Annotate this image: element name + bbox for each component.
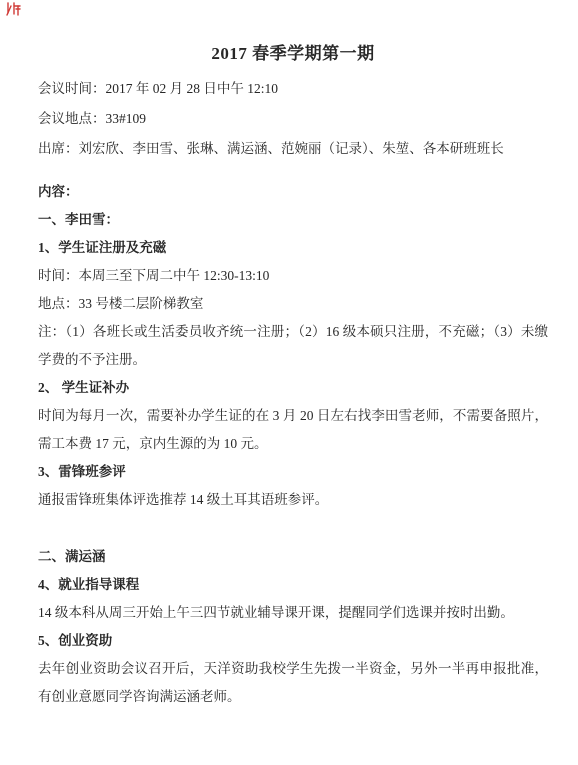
item-3-heading: 3、雷锋班参评 xyxy=(38,458,548,486)
document-title: 2017 春季学期第一期 xyxy=(38,40,548,68)
red-corner-mark xyxy=(6,2,22,17)
section-2-heading: 二、满运涵 xyxy=(38,543,548,571)
item-1-time: 时间：本周三至下周二中午 12:30-13:10 xyxy=(38,262,548,290)
meeting-attendees: 出席：刘宏欣、李田雪、张琳、满运涵、范婉丽（记录）、朱堃、各本研班班长 xyxy=(38,134,548,164)
content-label: 内容： xyxy=(38,178,548,206)
item-2-body: 时间为每月一次，需要补办学生证的在 3 月 20 日左右找李田雪老师，不需要备照… xyxy=(38,402,548,458)
item-4-heading: 4、就业指导课程 xyxy=(38,571,548,599)
item-5-body: 去年创业资助会议召开后，天洋资助我校学生先拨一半资金，另外一半再申报批准，有创业… xyxy=(38,655,548,711)
item-4-body: 14 级本科从周三开始上午三四节就业辅导课开课，提醒同学们选课并按时出勤。 xyxy=(38,599,548,627)
meeting-time: 会议时间：2017 年 02 月 28 日中午 12:10 xyxy=(38,74,548,104)
section-1-heading: 一、李田雪： xyxy=(38,206,548,234)
item-1-location: 地点：33 号楼二层阶梯教室 xyxy=(38,290,548,318)
meeting-location: 会议地点：33#109 xyxy=(38,104,548,134)
document-page: 2017 春季学期第一期 会议时间：2017 年 02 月 28 日中午 12:… xyxy=(0,0,578,765)
item-3-body: 通报雷锋班集体评选推荐 14 级土耳其语班参评。 xyxy=(38,486,548,514)
item-1-heading: 1、学生证注册及充磁 xyxy=(38,234,548,262)
item-5-heading: 5、创业资助 xyxy=(38,627,548,655)
item-2-heading: 2、 学生证补办 xyxy=(38,374,548,402)
item-1-note: 注：（1）各班长或生活委员收齐统一注册；（2）16 级本硕只注册，不充磁；（3）… xyxy=(38,318,548,374)
